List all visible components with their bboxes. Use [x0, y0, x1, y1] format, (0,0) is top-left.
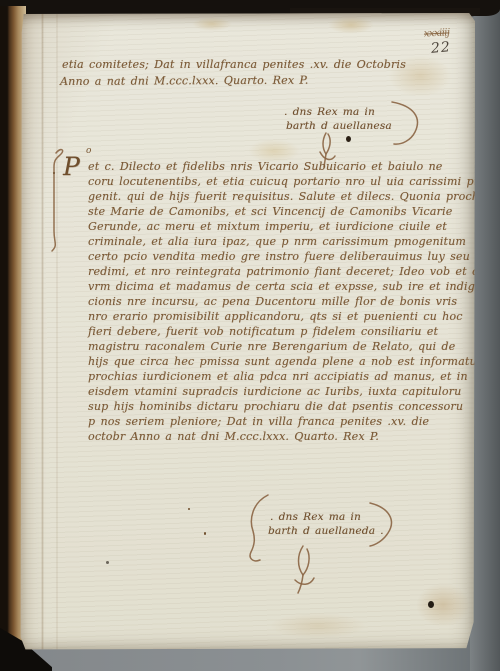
ink-blot — [428, 601, 434, 608]
body-line: octobr Anno a nat dni M.ccc.lxxx. Quarto… — [62, 429, 462, 444]
stain — [270, 613, 366, 639]
body-line: sup hijs hominibs dictaru prochiaru die … — [62, 399, 462, 414]
notation-line: . dns Rex ma in — [284, 105, 392, 119]
body-line: nro erario promisibilit applicandoru, qt… — [62, 309, 462, 324]
body-line: criminale, et alia iura ipaz, que p nrm … — [62, 234, 462, 249]
fold-crease — [41, 13, 44, 650]
body-line: magistru raconalem Curie nre Berengarium… — [62, 339, 462, 354]
body-line: redimi, et nro reintegrata patrimonio fi… — [62, 264, 462, 279]
body-line: cionis nre incursu, ac pena Ducentoru mi… — [62, 294, 462, 309]
manuscript-photo: xxxiiij 22 etia comitetes; Dat in villaf… — [0, 0, 500, 671]
notation-line: barth d auellanesa — [286, 119, 392, 133]
body-line: genit. qui de hijs fuerit requisitus. Sa… — [62, 189, 462, 204]
header-line: etia comitetes; Dat in villafranca penit… — [62, 57, 406, 73]
ink-speck — [53, 172, 55, 174]
stain — [328, 16, 374, 34]
notation-closing-hook — [386, 99, 426, 149]
ink-blot — [346, 136, 351, 142]
ink-speck — [188, 508, 190, 510]
body-line: hijs que circa hec pmissa sunt agenda pl… — [62, 354, 462, 369]
paraph-mark — [286, 543, 322, 595]
letter-body: et c. Dilecto et fidelibs nris Vicario S… — [62, 159, 462, 444]
top-chancery-note: . dns Rex ma inbarth d auellanesa — [284, 105, 392, 133]
fold-crease — [56, 13, 58, 650]
body-line: et c. Dilecto et fidelibs nris Vicario S… — [62, 159, 462, 174]
body-line: coru locutenentibs, et etia cuicuq porta… — [62, 174, 462, 189]
notation-closing-hook — [366, 499, 400, 553]
header-line: Anno a nat dni M.ccc.lxxx. Quarto. Rex P… — [60, 72, 406, 90]
body-line: prochias iurdicionem et alia pdca nri ac… — [62, 369, 462, 384]
ink-speck — [106, 561, 109, 564]
body-line: vrm dicima et madamus de certa scia et e… — [62, 279, 462, 294]
body-line: fieri debere, fuerit vob notificatum p f… — [62, 324, 462, 339]
page-number: 22 — [430, 39, 451, 57]
folio-number-struck: xxxiiij — [424, 27, 450, 39]
body-line: eisdem vtamini supradcis iurdicione ac I… — [62, 384, 462, 399]
header-text-block: etia comitetes; Dat in villafranca penit… — [62, 57, 406, 89]
body-line: Gerunde, ac meru et mixtum imperiu, et i… — [62, 219, 462, 234]
stain — [416, 583, 470, 627]
body-line: ste Marie de Camonibs, et sci Vincencij … — [62, 204, 462, 219]
manuscript-page: xxxiiij 22 etia comitetes; Dat in villaf… — [20, 13, 475, 650]
body-line: certo pcio vendita medio gre instro fuer… — [62, 249, 462, 264]
ink-speck — [204, 532, 206, 535]
stain — [192, 17, 232, 31]
body-line: p nos seriem pleniore; Dat in villa fran… — [62, 414, 462, 429]
superscript-mark: o — [86, 146, 91, 156]
